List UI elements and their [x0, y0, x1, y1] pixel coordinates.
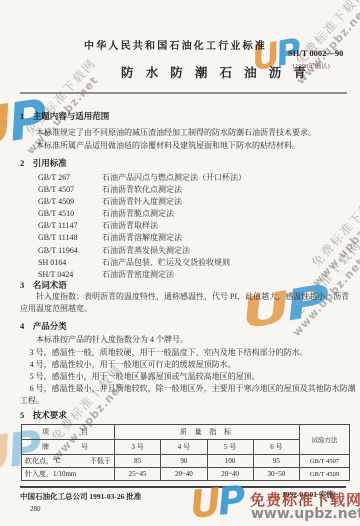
property-name: 针入度，1/10mm [25, 469, 76, 479]
implementation-text: 1992-04-01 实施 [282, 489, 334, 500]
document-title: 防 水 防 潮 石 油 沥 青 [121, 63, 310, 81]
reference-item: GB/T 11964石油沥青蒸发损失测定法 [38, 245, 246, 257]
grade-5-description: 5 号，感温性小，用于一般地区暴露屋顶或气温较高地区的屋顶。 [20, 371, 355, 383]
property-value: 90 [161, 455, 207, 468]
header-rule [20, 92, 347, 94]
watermark-text: 免费标准下载网 www.upbz.net [307, 186, 360, 278]
table-header-item: 项 目 [22, 425, 115, 440]
reference-name: 石油沥青脆点测定法 [102, 209, 174, 218]
grade-column-header: 6 号 [253, 440, 299, 455]
property-value: 85 [115, 455, 161, 468]
table-row: 针入度，1/10mm 25~45 20~40 20~40 30~50 GB/T … [22, 468, 350, 481]
section-3-paragraph: 针入度指数：表明沥青的温度特性，通称感温性，代号 PI，此值越大，感温性越小，沥… [20, 291, 352, 316]
reference-item: SH 0164石油产品包装、贮运及交货验收规则 [38, 257, 246, 269]
approval-text: 中国石油化工总公司 1991-03-26 批准 [20, 491, 141, 502]
reference-item: GB/T 4510石油沥青脆点测定法 [38, 208, 246, 220]
standard-number: SH/T 0002—90 [288, 48, 343, 58]
grade-6-description: 6 号，感温性最小，并且质地较软，除一般地区外，主要用于寒冷地区的屋顶及其他防水… [20, 383, 356, 408]
reference-code: GB/T 4509 [38, 197, 102, 206]
reference-code: GB/T 11964 [38, 246, 102, 255]
reference-name: 石油沥青针入度测定法 [102, 197, 182, 206]
reference-item: GB/T 4507石油沥青软化点测定法 [38, 184, 246, 196]
reference-item: GB/T 4509石油沥青针入度测定法 [38, 196, 246, 208]
table-header-quality: 质 量 指 标 [115, 425, 300, 440]
reference-item: GB/T 267石油产品闪点与燃点测定法（开口杯法） [38, 172, 246, 184]
reference-name: 石油产品闪点与燃点测定法（开口杯法） [102, 173, 246, 182]
grade-column-header: 5 号 [207, 440, 253, 455]
reference-code: SH/T 0424 [38, 270, 102, 279]
document-page: 免费标准下载网 www.upbz.net 免费标准下载网 www.upbz.ne… [0, 0, 360, 526]
section-3-heading: 3 名词术语 [20, 279, 67, 291]
watermark-site-url: www.upbz.net [251, 506, 360, 522]
grade-4-description: 4 号，感温性较小，用于一般地区可行走的缓坡屋顶防水。 [20, 359, 355, 371]
page-number: 280 [30, 505, 41, 513]
reference-code: GB/T 11147 [38, 221, 102, 230]
section-5-heading: 5 技术要求 [20, 409, 67, 421]
table-row: 软化点，℃不低于 85 90 100 95 GB/T 4507 [22, 455, 350, 468]
property-value: 100 [207, 455, 253, 468]
property-name: 软化点，℃ [25, 456, 61, 466]
reference-name: 石油沥青软化点测定法 [102, 185, 182, 194]
footer-rule [20, 486, 346, 488]
reference-code: GB/T 11148 [38, 233, 102, 242]
section-2-heading: 2 引用标准 [20, 157, 67, 169]
quality-index-table: 项 目 质 量 指 标 试验方法 牌 号 3 号 4 号 5 号 6 号 软化点… [21, 424, 350, 481]
reference-name: 石油沥青溶解度测定法 [102, 233, 182, 242]
reference-code: SH 0164 [38, 258, 102, 267]
property-value: 20~40 [161, 468, 207, 481]
test-method: GB/T 4509 [300, 468, 350, 481]
standard-org-line: 中华人民共和国石油化工行业标准 [84, 37, 267, 52]
reference-item: GB/T 11148石油沥青溶解度测定法 [38, 232, 246, 244]
reference-list: GB/T 267石油产品闪点与燃点测定法（开口杯法） GB/T 4507石油沥青… [38, 172, 246, 281]
reference-name: 石油沥青蒸发损失测定法 [102, 246, 190, 255]
reference-name: 石油沥青密度测定法 [102, 270, 174, 279]
table-header-grade: 牌 号 [22, 440, 115, 455]
grade-3-description: 3 号，感温性一般，质地较硬，用于一般温度下、室内及地下结构部分的防水。 [20, 347, 355, 359]
reference-code: GB/T 4510 [38, 209, 102, 218]
reference-name: 石油沥青取样法 [102, 221, 158, 230]
property-value: 25~45 [115, 468, 161, 481]
section-1-heading: 1 主题内容与适用范围 [20, 110, 109, 122]
section-1-paragraph: 本标准规定了由不同原油的减压渣油经加工制得的防水防潮石油沥青技术要求。 [20, 127, 355, 139]
reference-item: SH/T 0424石油沥青密度测定法 [38, 269, 246, 281]
reference-code: GB/T 4507 [38, 185, 102, 194]
reference-name: 石油产品包装、贮运及交货验收规则 [102, 258, 230, 267]
reference-item: GB/T 11147石油沥青取样法 [38, 220, 246, 232]
test-method: GB/T 4507 [300, 455, 350, 468]
property-value: 30~50 [253, 468, 299, 481]
grade-column-header: 4 号 [161, 440, 207, 455]
reference-code: GB/T 267 [38, 173, 102, 182]
section-4-heading: 4 产品分类 [20, 320, 67, 332]
grade-column-header: 3 号 [115, 440, 161, 455]
property-value: 95 [253, 455, 299, 468]
table-header-method: 试验方法 [300, 425, 350, 455]
section-1-paragraph: 本标准所属产品适用做油毡的涂覆材料及建筑屋面和地下防水的粘结材料。 [20, 140, 355, 152]
property-qualifier: 不低于 [90, 456, 111, 466]
property-value: 20~40 [207, 468, 253, 481]
section-4-intro: 本标准按产品的针入度指数分为 4 个牌号。 [20, 334, 355, 346]
spec-table: 项 目 质 量 指 标 试验方法 牌 号 3 号 4 号 5 号 6 号 软化点… [21, 424, 350, 481]
